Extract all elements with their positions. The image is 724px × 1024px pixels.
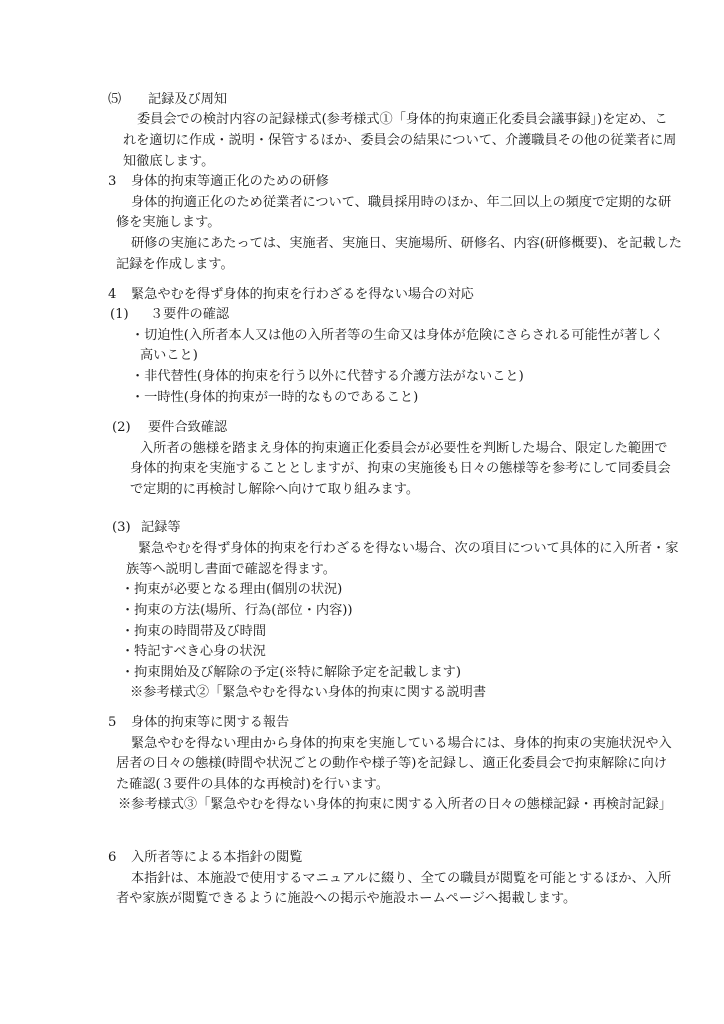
paragraph-line: 緊急やむを得ず身体的拘束を行わざるを得ない場合、次の項目について具体的に入所者・…: [138, 539, 678, 559]
section-heading: 緊急やむを得ず身体的拘束を行わざるを得ない場合の対応: [131, 285, 474, 305]
paragraph-line: 記録を作成します。: [116, 255, 234, 275]
section-number: 4: [108, 285, 116, 305]
list-item-continuation: 高いこと): [140, 346, 198, 366]
list-item: ・特記すべき心身の状況: [121, 642, 266, 662]
paragraph-line: 知徹底します。: [123, 152, 214, 172]
list-item: ・一時性(身体的拘束が一時的なものであること): [131, 388, 418, 408]
subsection-heading: ３要件の確認: [150, 305, 229, 325]
section-number: 5: [108, 713, 116, 733]
paragraph-line: 族等へ説明し書面で確認を得ます。: [126, 560, 336, 580]
list-item: ・拘束開始及び解除の予定(※特に解除予定を記載します): [121, 663, 461, 683]
subsection-number: (2): [112, 418, 131, 438]
reference-note: ※参考様式③「緊急やむを得ない身体的拘束に関する入所者の日々の態様記録・再検討記…: [118, 795, 672, 815]
section-heading: 記録及び周知: [148, 90, 227, 110]
section-heading: 身体的拘束等に関する報告: [131, 713, 289, 733]
subsection-heading: 記録等: [141, 518, 181, 538]
paragraph-line: 身体的拘束を実施することとしますが、拘束の実施後も日々の態様等を参考にして同委員…: [130, 459, 671, 479]
subsection-number: (3): [112, 518, 131, 538]
paragraph-line: れを適切に作成・説明・保管するほか、委員会の結果について、介護職員その他の従業者…: [123, 131, 676, 151]
section-heading: 入所者等による本指針の閲覧: [131, 848, 302, 868]
document-page: ⑸ 記録及び周知 委員会での検討内容の記録様式(参考様式①「身体的拘束適正化委員…: [0, 0, 724, 1024]
paragraph-line: 入所者の態様を踏まえ身体的拘束適正化委員会が必要性を判断した場合、限定した範囲で: [140, 439, 668, 459]
paragraph-line: 身体的拘適正化のため従業者について、職員採用時のほか、年二回以上の頻度で定期的な…: [131, 193, 671, 213]
section-heading-number: ⑸: [108, 90, 121, 110]
paragraph-line: 委員会での検討内容の記録様式(参考様式①「身体的拘束適正化委員会議事録」)を定め…: [137, 110, 668, 130]
list-item: ・拘束が必要となる理由(個別の状況): [121, 580, 342, 600]
paragraph-line: 本指針は、本施設で使用するマニュアルに綴り、全ての職員が閲覧を可能とするほか、入…: [131, 869, 671, 889]
list-item: ・切迫性(入所者本人又は他の入所者等の生命又は身体が危険にさらされる可能性が著し…: [131, 326, 664, 346]
list-item: ・非代替性(身体的拘束を行う以外に代替する介護方法がないこと): [131, 367, 524, 387]
section-number: 6: [108, 848, 116, 868]
subsection-number: (1): [110, 305, 129, 325]
paragraph-line: 居者の日々の態様(時間や状況ごとの動作や様子等)を記録し、適正化委員会で拘束解除…: [116, 754, 667, 774]
paragraph-line: 者や家族が閲覧できるように施設への掲示や施設ホームページへ掲載します。: [116, 889, 576, 909]
paragraph-line: 研修の実施にあたっては、実施者、実施日、実施場所、研修名、内容(研修概要)、を記…: [131, 234, 682, 254]
paragraph-line: 緊急やむを得ない理由から身体的拘束を実施している場合には、身体的拘束の実施状況や…: [131, 734, 672, 754]
list-item: ・拘束の時間帯及び時間: [121, 622, 266, 642]
subsection-heading: 要件合致確認: [148, 418, 227, 438]
list-item: ・拘束の方法(場所、行為(部位・内容)): [121, 601, 353, 621]
paragraph-line: 修を実施します。: [116, 213, 220, 233]
paragraph-line: た確認(３要件の具体的な再検討)を行います。: [116, 775, 389, 795]
section-heading: 身体的拘束等適正化のための研修: [131, 172, 329, 192]
paragraph-line: で定期的に再検討し解除へ向けて取り組みます。: [130, 480, 419, 500]
section-number: 3: [108, 172, 116, 192]
reference-note: ※参考様式②「緊急やむを得ない身体的拘束に関する説明書: [130, 683, 486, 703]
